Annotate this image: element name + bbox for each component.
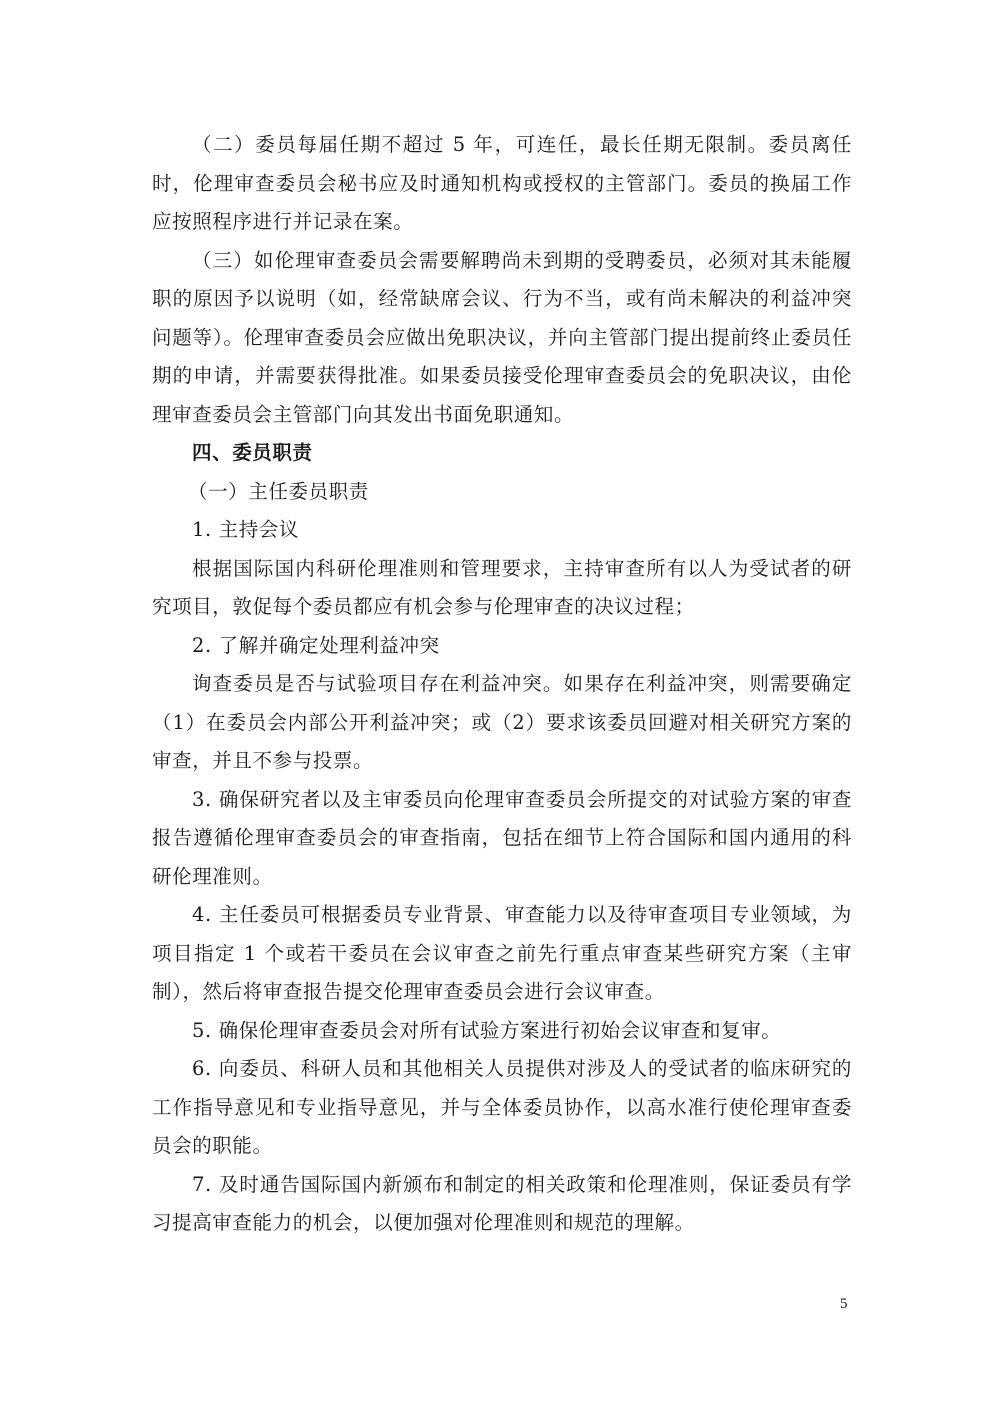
section-heading-member-duties: 四、委员职责: [152, 434, 852, 473]
item-2-title: 2. 了解并确定处理利益冲突: [152, 627, 852, 666]
paragraph-term-limit: （二）委员每届任期不超过 5 年，可连任，最长任期无限制。委员离任时，伦理审查委…: [152, 126, 852, 242]
document-page: （二）委员每届任期不超过 5 年，可连任，最长任期无限制。委员离任时，伦理审查委…: [152, 126, 852, 1243]
page-number: 5: [840, 1296, 848, 1313]
item-2-body: 询查委员是否与试验项目存在利益冲突。如果存在利益冲突，则需要确定（1）在委员会内…: [152, 665, 852, 781]
item-7: 7. 及时通告国际国内新颁布和制定的相关政策和伦理准则，保证委员有学习提高审查能…: [152, 1166, 852, 1243]
item-5: 5. 确保伦理审查委员会对所有试验方案进行初始会议审查和复审。: [152, 1012, 852, 1051]
subheading-chair-duties: （一）主任委员职责: [152, 473, 852, 512]
paragraph-dismissal: （三）如伦理审查委员会需要解聘尚未到期的受聘委员，必须对其未能履职的原因予以说明…: [152, 242, 852, 435]
item-6: 6. 向委员、科研人员和其他相关人员提供对涉及人的受试者的临床研究的工作指导意见…: [152, 1050, 852, 1166]
item-3: 3. 确保研究者以及主审委员向伦理审查委员会所提交的对试验方案的审查报告遵循伦理…: [152, 781, 852, 897]
item-1-title: 1. 主持会议: [152, 511, 852, 550]
item-4: 4. 主任委员可根据委员专业背景、审查能力以及待审查项目专业领域，为项目指定 1…: [152, 896, 852, 1012]
item-1-body: 根据国际国内科研伦理准则和管理要求，主持审查所有以人为受试者的研究项目，敦促每个…: [152, 550, 852, 627]
